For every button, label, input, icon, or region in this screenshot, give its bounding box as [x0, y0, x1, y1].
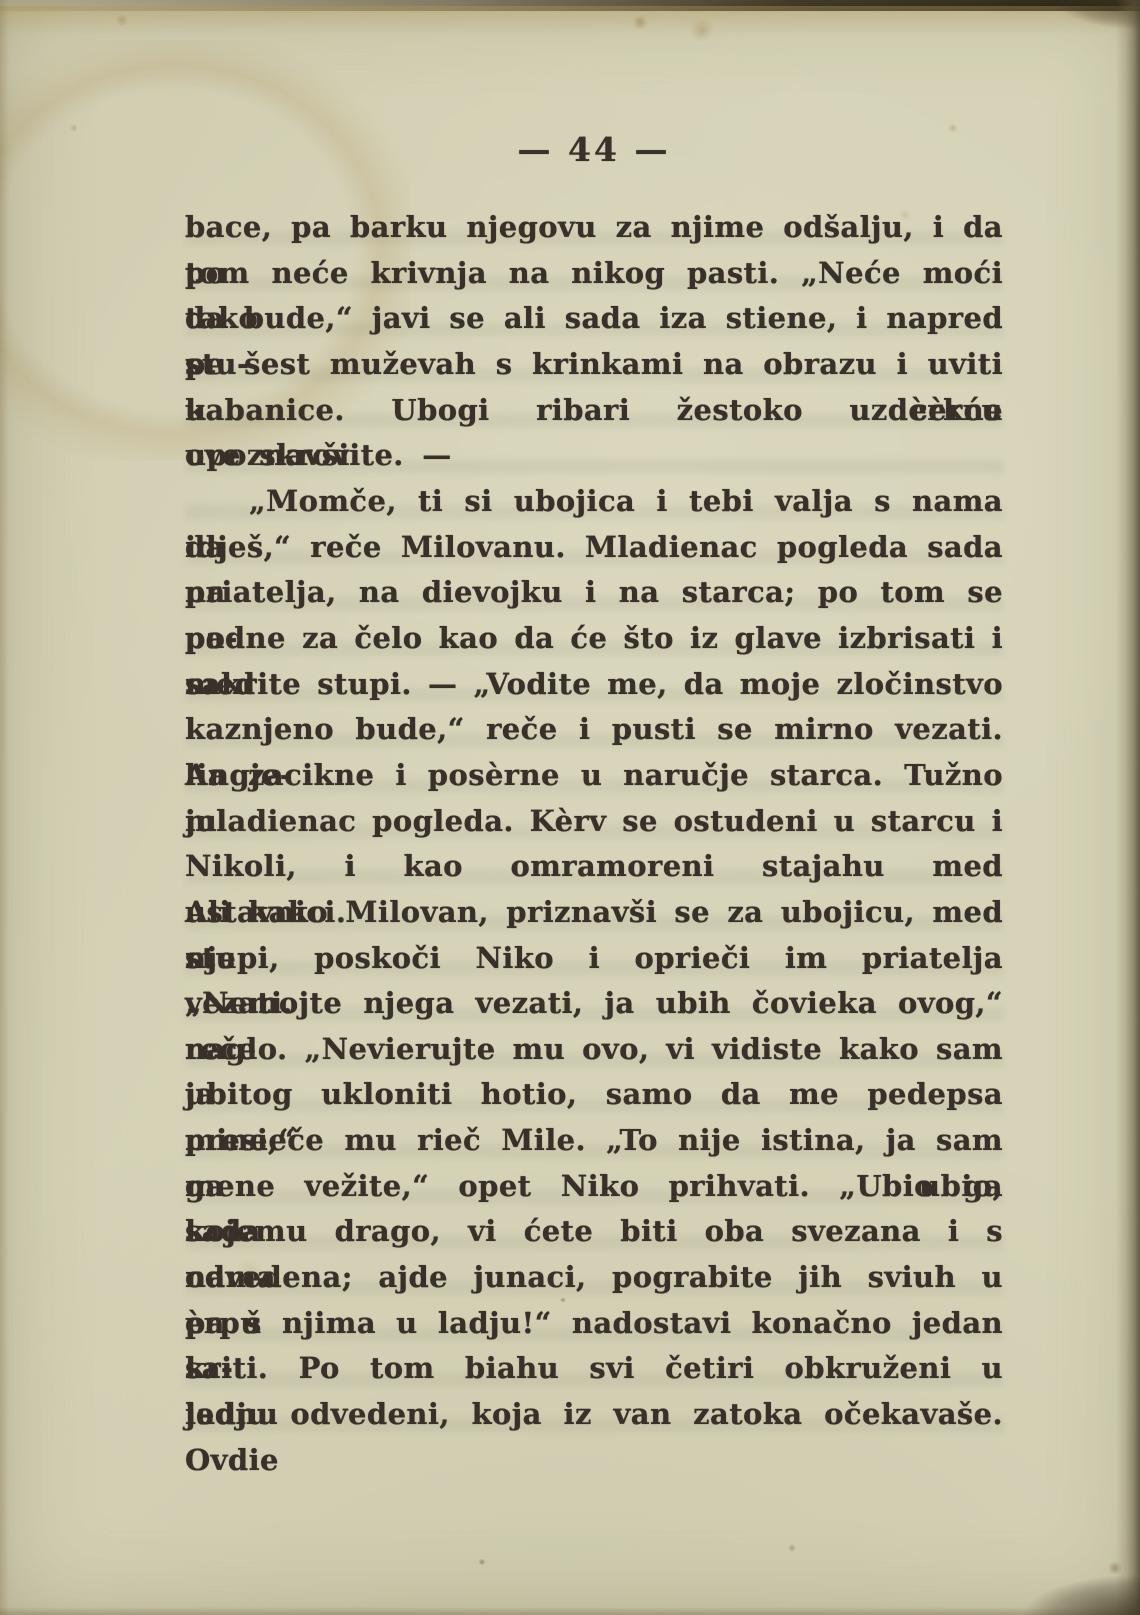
text-line: pa š njima u ladju!“ nadostavi konačno j… — [185, 1301, 1003, 1347]
text-line: Ali kako Milovan, priznavši se za ubojic… — [185, 890, 1003, 936]
text-line: mene vežite,“ opet Niko prihvati. „Ubio … — [185, 1164, 1003, 1210]
text-line: da bude,“ javi se ali sada iza stiene, i… — [185, 296, 1003, 342]
page-edge-right — [1116, 0, 1140, 1615]
text-line: odvedena; ajde junaci, pograbite jih svi… — [185, 1255, 1003, 1301]
text-line: stupi, poskoči Niko i oprieči im priatel… — [185, 936, 1003, 982]
text-line: padne za čelo kao da će što iz glave izb… — [185, 616, 1003, 662]
text-line: naglo. „Nevierujte mu ovo, vi vidiste ka… — [185, 1027, 1003, 1073]
text-line: kriti. Po tom biahu svi četiri obkruženi… — [185, 1346, 1003, 1392]
text-line: bace, pa barku njegovu za njime odšalju,… — [185, 205, 1003, 251]
text-line: mladienac pogleda. Kèrv se ostudeni u st… — [185, 799, 1003, 845]
text-line: „Nemojte njega vezati, ja ubih čovieka o… — [185, 981, 1003, 1027]
text-line: priatelja, na dievojku i na starca; po t… — [185, 570, 1003, 616]
scan-edge-bottom — [0, 1607, 1140, 1615]
text-line: lia zacikne i posèrne u naručje starca. … — [185, 753, 1003, 799]
page-text-block: bace, pa barku njegovu za njime odšalju,… — [185, 205, 1003, 1438]
text-line: kaznjeno bude,“ reče i pusti se mirno ve… — [185, 707, 1003, 753]
text-line: tom neće krivnja na nikog pasti. „Neće m… — [185, 251, 1003, 297]
text-line: ladju odvedeni, koja iz van zatoka očeka… — [185, 1392, 1003, 1438]
text-line: Nikoli, i kao omramoreni stajahu med ust… — [185, 844, 1003, 890]
text-line: presieče mu rieč Mile. „To nije istina, … — [185, 1118, 1003, 1164]
text-line: idješ,“ reče Milovanu. Mladienac pogleda… — [185, 525, 1003, 571]
dark-corner-bottom-right — [970, 1553, 1140, 1615]
text-line: kojemu drago, vi ćete biti oba svezana i… — [185, 1209, 1003, 1255]
text-line: pe šest muževah s krinkami na obrazu i u… — [185, 342, 1003, 388]
text-line: sakrite stupi. — „Vodite me, da moje zlo… — [185, 662, 1003, 708]
scan-edge-left — [0, 0, 9, 1615]
aged-band-top — [0, 6, 1140, 36]
text-line-paragraph-start: „Momče, ti si ubojica i tebi valja s nam… — [185, 479, 1003, 525]
text-line: kabanice. Ubogi ribari žestoko uzdèrkću … — [185, 388, 1003, 434]
text-line: ubitog ukloniti hotio, samo da me pedeps… — [185, 1072, 1003, 1118]
page-number: — 44 — — [185, 130, 1003, 169]
text-line: ove skrovite. — — [185, 433, 1003, 479]
